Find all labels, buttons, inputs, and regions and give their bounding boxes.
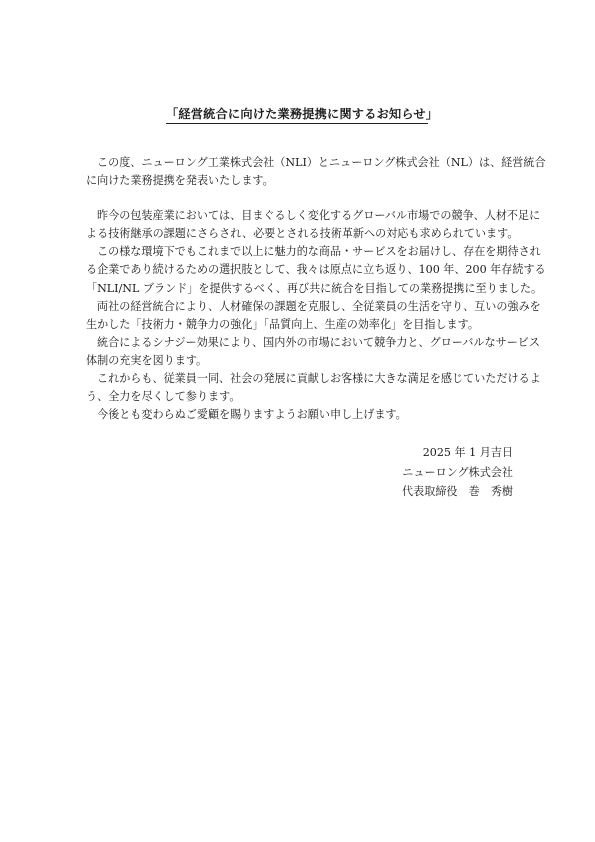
text-line: よる技術継承の課題にさらされ、必要とされる技術革新への対応も求められています。 [86,225,514,243]
paragraph-intro: この度、ニューロング工業株式会社（NLI）とニューロング株式会社（NL）は、経営… [86,154,514,190]
document-title: 「経営統合に向けた業務提携に関するお知らせ」 [166,106,428,124]
representative-name: 代表取締役 巻 秀樹 [402,482,513,502]
paragraph-closing: 今後とも変わらぬご愛顧を賜りますようお願い申し上げます。 [86,406,514,424]
text-line: この様な環境下でもこれまで以上に魅力的な商品・サービスをお届けし、存在を期待され [86,243,514,261]
signature-block: 2025 年 1 月吉日 ニューロング株式会社 代表取締役 巻 秀樹 [402,443,513,502]
text-line: 両社の経営統合により、人材確保の課題を克服し、全従業員の生活を守り、互いの強みを [86,298,514,316]
text-line: 統合によるシナジー効果により、国内外の市場において競争力と、グローバルなサービス [86,334,514,352]
text-line: 「NLI/NL ブランド」を提供するべく、再び共に統合を目指しての業務提携に至り… [86,280,514,298]
paragraph-commitment: これからも、従業員一同、社会の発展に貢献しお客様に大きな満足を感じていただけるよ… [86,370,514,406]
paragraph-integration: 両社の経営統合により、人材確保の課題を克服し、全従業員の生活を守り、互いの強みを… [86,298,514,334]
document-body: この度、ニューロング工業株式会社（NLI）とニューロング株式会社（NL）は、経営… [86,154,514,424]
issue-date: 2025 年 1 月吉日 [402,443,513,463]
company-name: ニューロング株式会社 [402,463,513,483]
text-line: に向けた業務提携を発表いたします。 [86,172,514,190]
text-line: これからも、従業員一同、社会の発展に貢献しお客様に大きな満足を感じていただけるよ [86,370,514,388]
paragraph-purpose: この様な環境下でもこれまで以上に魅力的な商品・サービスをお届けし、存在を期待され… [86,243,514,297]
text-line: 生かした「技術力・競争力の強化」「品質向上、生産の効率化」を目指します。 [86,316,514,334]
text-line: この度、ニューロング工業株式会社（NLI）とニューロング株式会社（NL）は、経営… [86,154,514,172]
paragraph-gap [86,190,514,207]
text-line: 昨今の包装産業においては、目まぐるしく変化するグローバル市場での競争、人材不足に [86,207,514,225]
paragraph-synergy: 統合によるシナジー効果により、国内外の市場において競争力と、グローバルなサービス… [86,334,514,370]
text-line: う、全力を尽くして参ります。 [86,388,514,406]
paragraph-background: 昨今の包装産業においては、目まぐるしく変化するグローバル市場での競争、人材不足に… [86,207,514,243]
text-line: 体制の充実を図ります。 [86,352,514,370]
text-line: 今後とも変わらぬご愛顧を賜りますようお願い申し上げます。 [86,406,514,424]
text-line: る企業であり続けるための選択肢として、我々は原点に立ち返り、100 年、200 … [86,261,514,279]
